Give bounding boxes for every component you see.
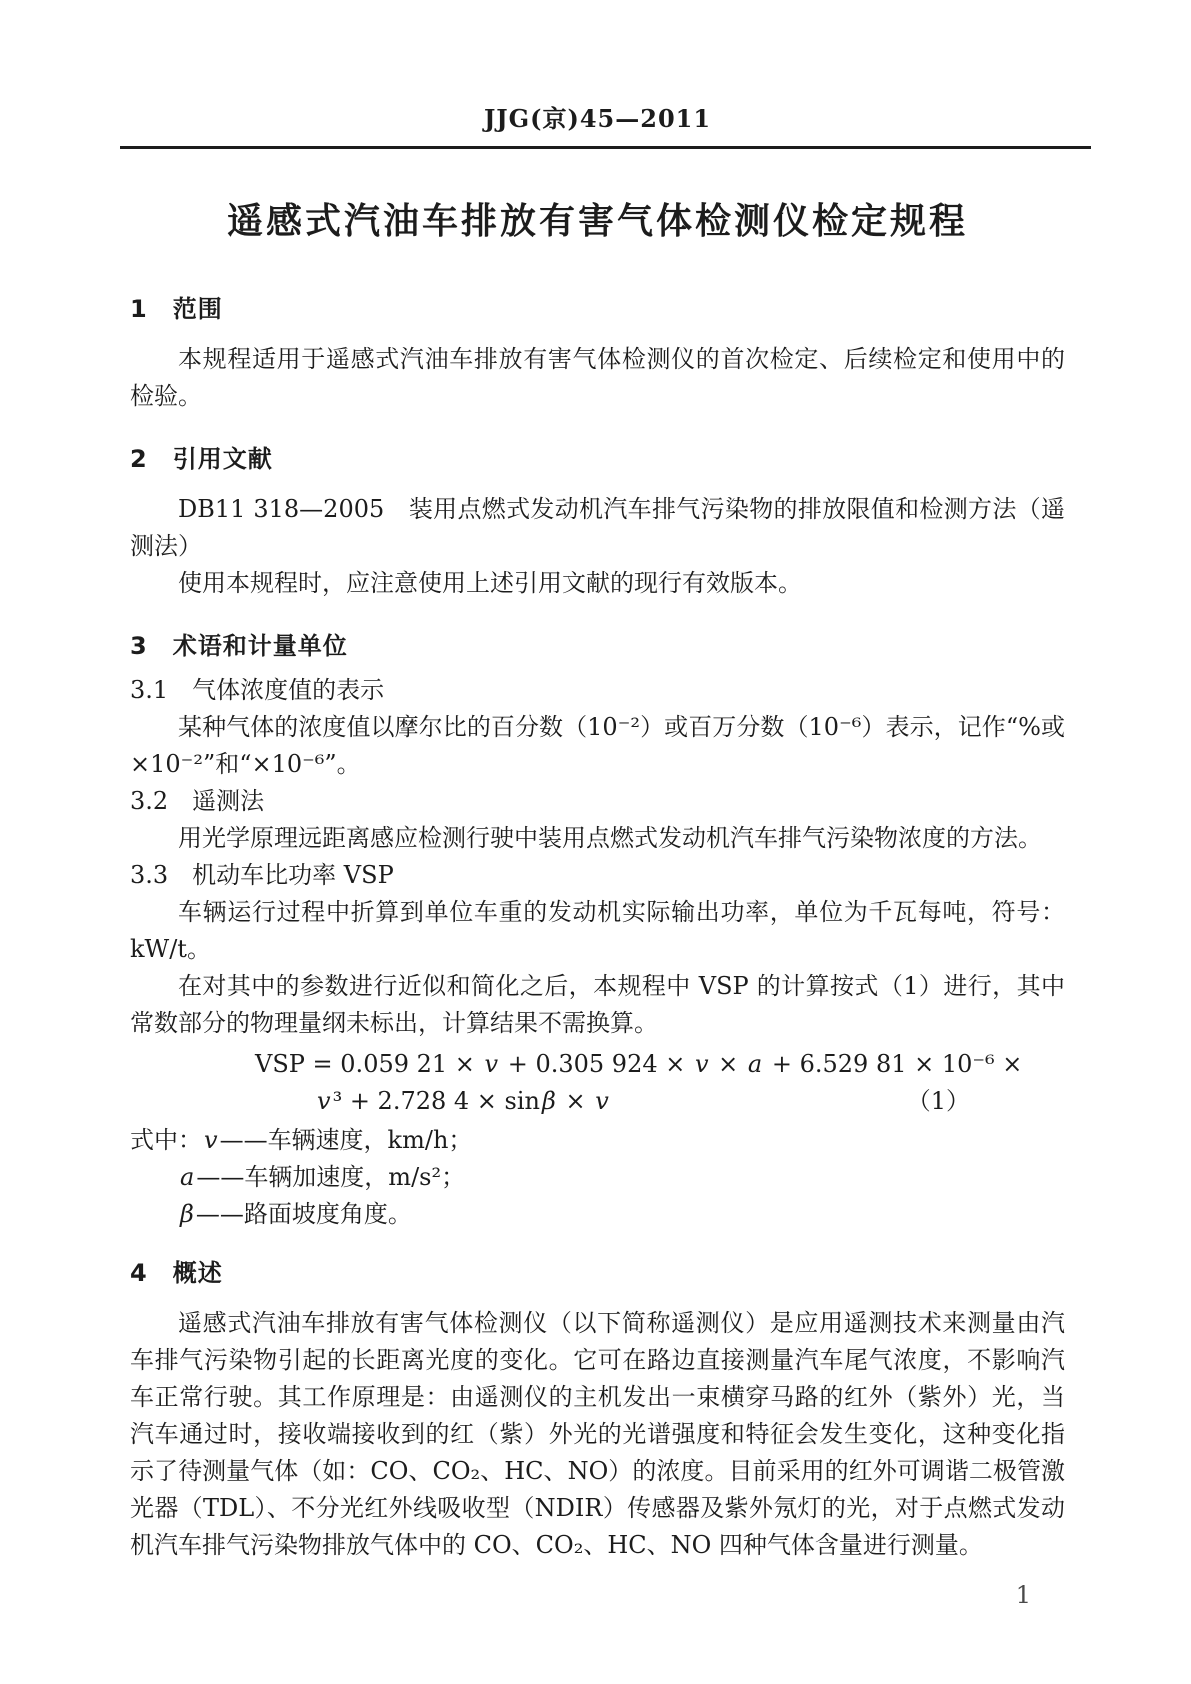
section-1-heading: 1 范围 — [130, 291, 1065, 327]
section-3-3-heading: 3.3 机动车比功率 VSP — [130, 857, 1065, 894]
where-text: ——车辆速度，km/h； — [220, 1126, 473, 1154]
reference-note-paragraph: 使用本规程时，应注意使用上述引用文献的现行有效版本。 — [130, 565, 1065, 602]
formula-term: = 0.059 21 × — [305, 1050, 483, 1078]
section-3-3-paragraph-2: 在对其中的参数进行近似和简化之后，本规程中 VSP 的计算按式（1）进行，其中常… — [130, 968, 1065, 1042]
variable-a: a — [178, 1163, 196, 1191]
document-title: 遥感式汽油车排放有害气体检测仪检定规程 — [130, 199, 1065, 245]
formula-where-beta: β——路面坡度角度。 — [130, 1196, 1065, 1233]
formula-term: VSP — [255, 1050, 305, 1078]
formula-where-v: 式中：v——车辆速度，km/h； — [130, 1122, 1065, 1159]
where-text: ——车辆加速度，m/s²； — [196, 1163, 465, 1191]
page-number: 1 — [130, 1580, 1065, 1610]
section-3-3-paragraph-1: 车辆运行过程中折算到单位车重的发动机实际输出功率，单位为千瓦每吨，符号：kW/t… — [130, 894, 1065, 968]
section-3-heading: 3 术语和计量单位 — [130, 628, 1065, 664]
formula-where-list: 式中：v——车辆速度，km/h； a——车辆加速度，m/s²； β——路面坡度角… — [130, 1122, 1065, 1233]
section-1-paragraph: 本规程适用于遥感式汽油车排放有害气体检测仪的首次检定、后续检定和使用中的检验。 — [130, 341, 1065, 415]
formula-term: ³ + 2.728 4 × sin — [333, 1087, 540, 1115]
formula-term: × — [558, 1087, 593, 1115]
header-rule — [120, 146, 1091, 149]
where-prefix: 式中： — [130, 1126, 202, 1154]
section-3-2-heading: 3.2 遥测法 — [130, 783, 1065, 820]
equation-number: （1） — [907, 1083, 970, 1120]
variable-v: v — [593, 1087, 611, 1115]
formula-term: + 6.529 81 × 10⁻⁶ × — [764, 1050, 1022, 1078]
formula-term: + 0.305 924 × — [500, 1050, 693, 1078]
formula-line-1: VSP = 0.059 21 × v + 0.305 924 × v × a +… — [255, 1046, 1065, 1083]
variable-a: a — [746, 1050, 764, 1078]
section-2-heading: 2 引用文献 — [130, 441, 1065, 477]
variable-v: v — [483, 1050, 501, 1078]
reference-paragraph: DB11 318—2005 装用点燃式发动机汽车排气污染物的排放限值和检测方法（… — [130, 491, 1065, 565]
document-page: JJG(京)45—2011 遥感式汽油车排放有害气体检测仪检定规程 1 范围 本… — [0, 0, 1191, 1684]
section-4-heading: 4 概述 — [130, 1255, 1065, 1291]
variable-beta: β — [178, 1200, 196, 1228]
formula-where-a: a——车辆加速度，m/s²； — [130, 1159, 1065, 1196]
vsp-formula: VSP = 0.059 21 × v + 0.305 924 × v × a +… — [130, 1046, 1065, 1120]
section-3-1-heading: 3.1 气体浓度值的表示 — [130, 672, 1065, 709]
formula-term: × — [711, 1050, 746, 1078]
section-3-2-paragraph: 用光学原理远距离感应检测行驶中装用点燃式发动机汽车排气污染物浓度的方法。 — [130, 820, 1065, 857]
variable-v: v — [315, 1087, 333, 1115]
section-4-paragraph: 遥感式汽油车排放有害气体检测仪（以下简称遥测仪）是应用遥测技术来测量由汽车排气污… — [130, 1305, 1065, 1564]
variable-v: v — [202, 1126, 220, 1154]
doc-number: JJG(京)45—2011 — [130, 0, 1065, 134]
variable-beta: β — [540, 1087, 558, 1115]
variable-v: v — [693, 1050, 711, 1078]
where-text: ——路面坡度角度。 — [196, 1200, 412, 1228]
formula-line-2: v³ + 2.728 4 × sinβ × v（1） — [315, 1083, 1065, 1120]
section-3-1-paragraph: 某种气体的浓度值以摩尔比的百分数（10⁻²）或百万分数（10⁻⁶）表示，记作“%… — [130, 709, 1065, 783]
